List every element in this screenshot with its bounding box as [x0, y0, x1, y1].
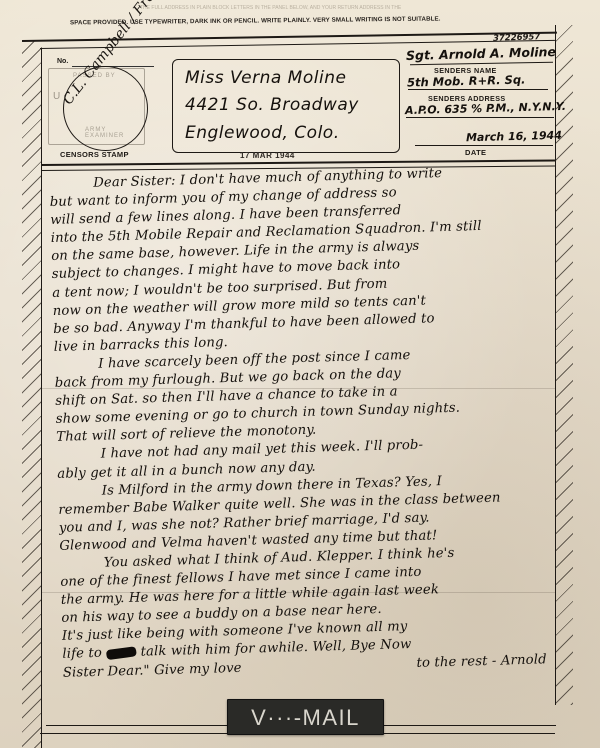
recipient-city: Englewood, Colo. [185, 123, 340, 143]
redacted-line-prefix: life to [62, 646, 106, 662]
left-hatched-border [22, 40, 42, 748]
sender-unit-underline [408, 89, 548, 90]
frame-top-line [22, 32, 557, 42]
sender-name-value: Sgt. Arnold A. Moline [406, 44, 556, 63]
sender-serial-number: 37226957 [493, 32, 541, 44]
stamp-left-letter: U [53, 91, 60, 102]
date-label: DATE [465, 148, 486, 157]
letter-body: Dear Sister: I don't have much of anythi… [49, 162, 568, 683]
recipient-name: Miss Verna Moline [185, 68, 346, 88]
recipient-address-panel: Miss Verna Moline 4421 So. Broadway Engl… [172, 59, 400, 153]
faint-header-text: THE FULL ADDRESS IN PLAIN BLOCK LETTERS … [140, 5, 401, 11]
frame-left-line [41, 48, 42, 748]
censor-redaction-mark [106, 646, 137, 660]
censors-stamp-label: CENSORS STAMP [60, 150, 129, 159]
number-label: No. [57, 58, 68, 65]
closing-right: to the rest - Arnold [416, 652, 547, 671]
vmail-letter-sheet: THE FULL ADDRESS IN PLAIN BLOCK LETTERS … [0, 0, 600, 748]
sender-name-underline [410, 62, 553, 66]
letter-date-value: March 16, 1944 [466, 129, 562, 145]
closing-left: Sister Dear." Give my love [63, 660, 242, 680]
sender-address-value: A.P.O. 635 % P.M., N.Y.N.Y. [405, 100, 566, 117]
sender-address-underline [406, 117, 554, 118]
date-underline [415, 145, 553, 146]
vmail-badge: V···-MAIL [227, 699, 384, 735]
sender-unit-value: 5th Mob. R+R. Sq. [407, 72, 526, 89]
recipient-street: 4421 So. Broadway [185, 95, 359, 115]
received-postmark: 17 MAR 1944 [240, 151, 295, 160]
